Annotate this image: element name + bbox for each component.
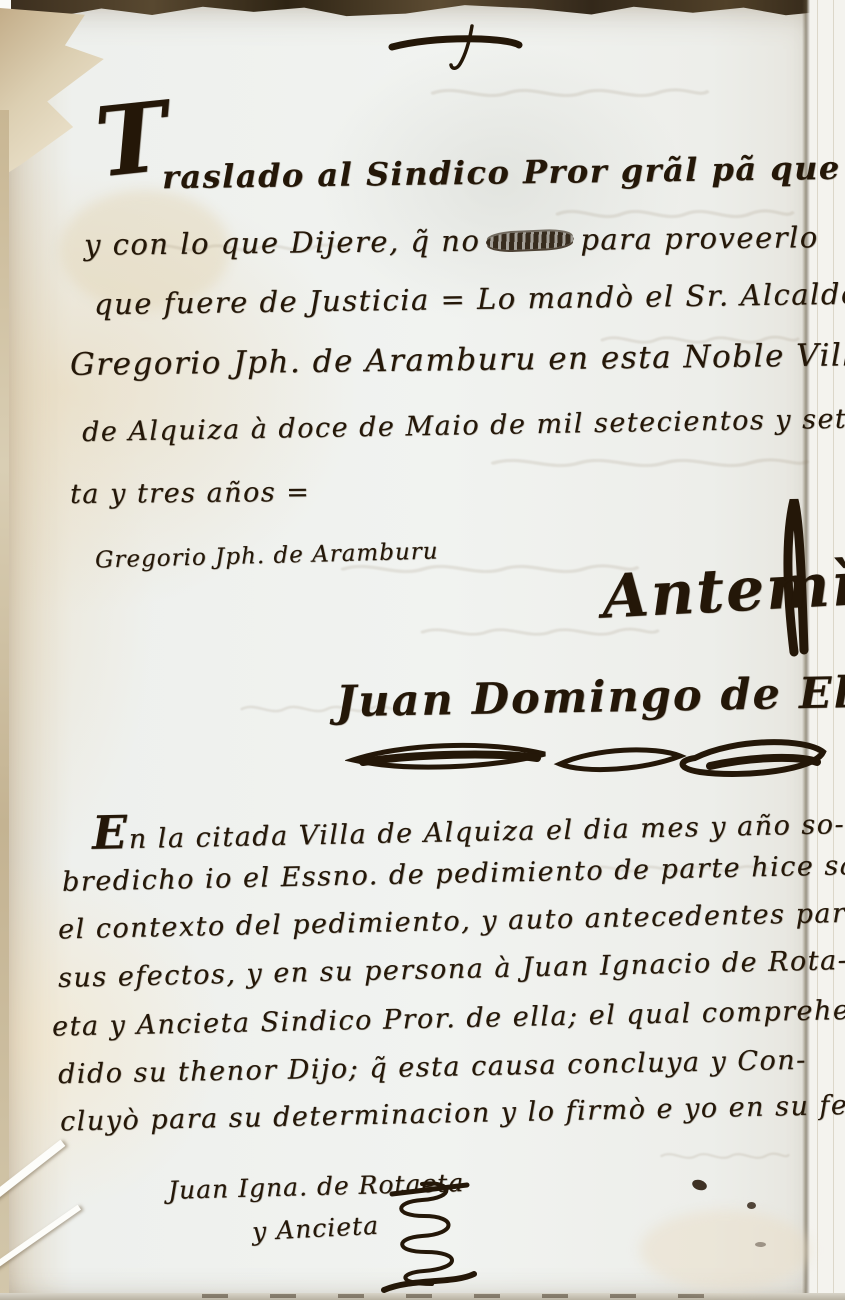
decree-line2-after: para proveerlo [580, 220, 819, 256]
rubric-flourish [362, 1178, 482, 1298]
manuscript-photo: T raslado al Sindico Pror grãl pã que co… [0, 0, 845, 1300]
invocation-cross-icon [386, 20, 528, 72]
bleed-through-text [430, 82, 710, 104]
binding-left-edge [0, 110, 9, 1300]
strikethrough-scribble [486, 230, 575, 251]
signature-escribano: Juan Domingo de Elola [336, 667, 845, 727]
bleed-through-text [660, 1148, 790, 1164]
ante-mi-script: Antemì [600, 549, 845, 632]
bleed-through-text [490, 452, 810, 474]
paper-stain [640, 1210, 810, 1290]
diligence-initial: E [92, 805, 130, 860]
flourish-underline [345, 730, 835, 790]
decree-line: ta y tres años = [70, 477, 311, 510]
ink-blot [755, 1242, 766, 1247]
decree-line2-before: y con lo que Dijere, q̃ no [84, 224, 481, 262]
ink-blot [747, 1202, 756, 1209]
